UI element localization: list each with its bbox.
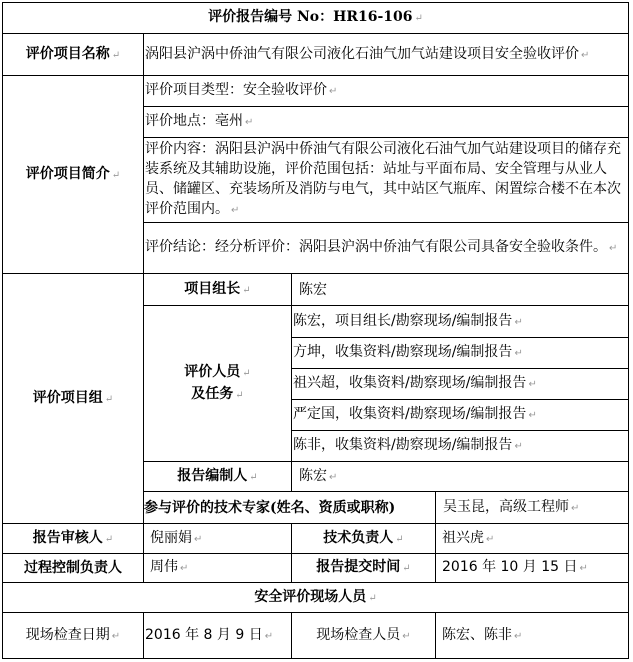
paragraph-mark-icon: ↵	[105, 394, 113, 405]
site-people-value: 陈宏、陈非↵	[436, 613, 629, 659]
paragraph-mark-icon: ↵	[402, 563, 410, 574]
process-control-label: 过程控制负责人	[3, 554, 144, 583]
site-date-value: 2016 年 8 月 9 日↵	[144, 613, 292, 659]
reviewer-label: 报告审核人↵	[3, 524, 144, 554]
paragraph-mark-icon: ↵	[528, 410, 536, 421]
process-control-value: 周伟↵	[144, 554, 292, 583]
paragraph-mark-icon: ↵	[235, 390, 243, 401]
paragraph-mark-icon: ↵	[581, 50, 589, 61]
paragraph-mark-icon: ↵	[231, 205, 239, 216]
members-label: 评价人员↵ 及任务↵	[144, 306, 292, 462]
paragraph-mark-icon: ↵	[112, 631, 120, 642]
paragraph-mark-icon: ↵	[514, 317, 522, 328]
paragraph-mark-icon: ↵	[112, 170, 120, 181]
project-name-label: 评价项目名称↵	[3, 34, 144, 76]
member-row: 严定国，收集资料/勘察现场/编制报告↵	[292, 400, 629, 431]
paragraph-mark-icon: ↵	[245, 117, 253, 128]
project-name-value: 涡阳县沪涡中侨油气有限公司液化石油气加气站建设项目安全验收评价↵	[144, 34, 629, 76]
paragraph-mark-icon: ↵	[571, 503, 579, 514]
intro-location: 评价地点：亳州↵	[144, 107, 629, 138]
paragraph-mark-icon: ↵	[329, 472, 337, 483]
paragraph-mark-icon: ↵	[368, 593, 376, 604]
member-row: 方坤，收集资料/勘察现场/编制报告↵	[292, 338, 629, 369]
paragraph-mark-icon: ↵	[402, 631, 410, 642]
paragraph-mark-icon: ↵	[242, 368, 250, 379]
paragraph-mark-icon: ↵	[395, 534, 403, 545]
intro-conclusion: 评价结论：经分析评价：涡阳县沪涡中侨油气有限公司具备安全验收条件。↵	[144, 223, 629, 274]
site-personnel-header: 安全评价现场人员↵	[3, 583, 629, 613]
intro-content: 评价内容：涡阳县沪涡中侨油气有限公司液化石油气加气站建设项目的储存充装系统及其辅…	[144, 138, 629, 223]
expert-label: 参与评价的技术专家(姓名、资质或职称)	[144, 492, 436, 524]
paragraph-mark-icon: ↵	[329, 86, 337, 97]
member-row: 陈宏，项目组长/勘察现场/编制报告↵	[292, 306, 629, 338]
expert-value: 吴玉昆，高级工程师↵	[436, 492, 629, 524]
paragraph-mark-icon: ↵	[514, 348, 522, 359]
member-row: 陈非，收集资料/勘察现场/编制报告↵	[292, 431, 629, 462]
paragraph-mark-icon: ↵	[580, 563, 588, 574]
submit-time-label: 报告提交时间↵	[292, 554, 436, 583]
paragraph-mark-icon: ↵	[514, 441, 522, 452]
team-label: 评价项目组↵	[3, 274, 144, 524]
paragraph-mark-icon: ↵	[194, 534, 202, 545]
author-label: 报告编制人↵	[144, 462, 292, 492]
member-row: 祖兴超，收集资料/勘察现场/编制报告↵	[292, 369, 629, 400]
reviewer-value: 倪丽娟↵	[144, 524, 292, 554]
report-number-header: 评价报告编号 No：HR16-106↵	[3, 3, 629, 34]
leader-value: 陈宏	[292, 274, 629, 306]
tech-lead-value: 祖兴虎↵	[436, 524, 629, 554]
paragraph-mark-icon: ↵	[105, 534, 113, 545]
paragraph-mark-icon: ↵	[609, 243, 617, 254]
site-date-label: 现场检查日期↵	[3, 613, 144, 659]
paragraph-mark-icon: ↵	[249, 472, 257, 483]
paragraph-mark-icon: ↵	[242, 285, 250, 296]
paragraph-mark-icon: ↵	[415, 13, 423, 24]
paragraph-mark-icon: ↵	[528, 379, 536, 390]
paragraph-mark-icon: ↵	[180, 563, 188, 574]
submit-time-value: 2016 年 10 月 15 日↵	[436, 554, 629, 583]
report-number-text: 评价报告编号 No：HR16-106	[208, 9, 412, 25]
paragraph-mark-icon: ↵	[514, 631, 522, 642]
paragraph-mark-icon: ↵	[486, 534, 494, 545]
evaluation-report-table: 评价报告编号 No：HR16-106↵ 评价项目名称↵ 涡阳县沪涡中侨油气有限公…	[2, 2, 629, 659]
paragraph-mark-icon: ↵	[112, 50, 120, 61]
leader-label: 项目组长↵	[144, 274, 292, 306]
project-intro-label: 评价项目简介↵	[3, 76, 144, 274]
paragraph-mark-icon: ↵	[265, 631, 273, 642]
tech-lead-label: 技术负责人↵	[292, 524, 436, 554]
author-value: 陈宏↵	[292, 462, 629, 492]
site-people-label: 现场检查人员↵	[292, 613, 436, 659]
intro-type: 评价项目类型：安全验收评价↵	[144, 76, 629, 107]
